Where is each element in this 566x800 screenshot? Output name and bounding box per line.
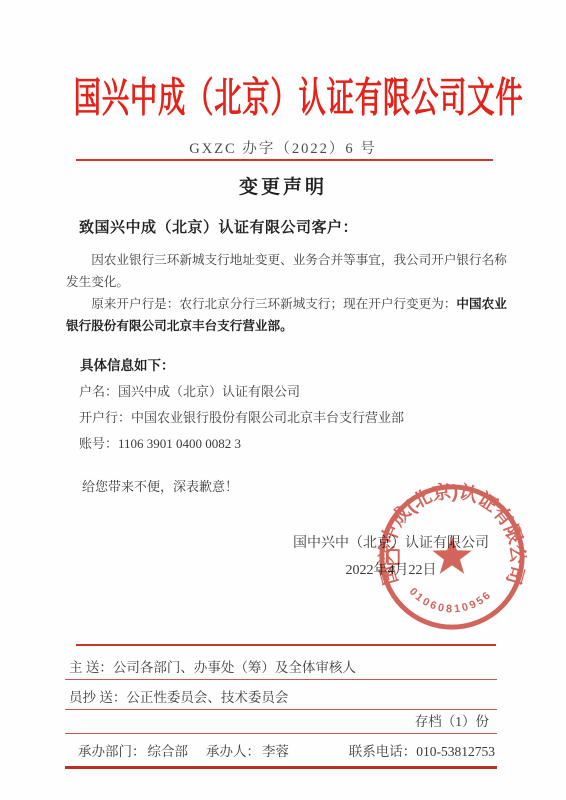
phone-value: 010-53812753	[416, 744, 495, 759]
old-bank-text: 原来开户行是：农行北京分行三环新城支行；现在开户行变更为：	[91, 297, 456, 311]
document-page: 国兴中成（北京）认证有限公司文件 GXZC 办字（2022）6 号 变更声明 致…	[0, 0, 566, 800]
account-name-value: 国兴中成（北京）认证有限公司	[118, 384, 300, 399]
paragraph-reason-line1: 因农业银行三环新城支行地址变更、业务合并等事宜，我公司开户银行名称	[66, 249, 526, 271]
apology-line: 给您带来不便，深表歉意！	[82, 476, 238, 495]
company-seal: 国兴中成(北京)认证有限公司 01060810956	[373, 478, 531, 636]
phone-label: 联系电话：	[349, 744, 417, 759]
handler-value: 李蓉	[262, 744, 289, 759]
archive-row: 存档（1）份	[65, 710, 497, 734]
paragraph-reason-line2: 发生变化。	[66, 271, 526, 293]
seal-arc-text: 国兴中成(北京)认证有限公司	[375, 479, 528, 587]
copy-send-value: 公正性委员会、技术委员会	[126, 690, 288, 705]
new-bank-text-start: 中国农业	[456, 297, 506, 311]
handling-info: 承办部门：综合部承办人：李蓉	[78, 740, 291, 760]
paragraph-change-line1: 原来开户行是：农行北京分行三环新城支行；现在开户行变更为：中国农业	[66, 293, 526, 315]
footer-top-rule	[76, 644, 496, 646]
bank-label: 开户行：	[79, 410, 131, 425]
copy-send-label: 员抄 送：	[69, 690, 126, 705]
detail-row-account-name: 户名：国兴中成（北京）认证有限公司	[79, 381, 300, 400]
archive-note: 存档（1）份	[415, 714, 489, 729]
company-letterhead-title: 国兴中成（北京）认证有限公司文件	[74, 64, 493, 123]
account-number-label: 账号：	[79, 436, 118, 451]
footer-bottom-row: 承办部门：综合部承办人：李蓉 联系电话：010-53812753	[65, 740, 497, 760]
account-number-value: 1106 3901 0400 0082 3	[118, 436, 241, 451]
svg-text:国兴中成(北京)认证有限公司: 国兴中成(北京)认证有限公司	[375, 479, 528, 587]
contact-phone: 联系电话：010-53812753	[349, 740, 495, 760]
handler-label: 承办人：	[206, 744, 260, 759]
main-send-row: 主 送：公司各部门、办事处（筹）及全体审核人	[65, 656, 497, 680]
paragraph-reason: 因农业银行三环新城支行地址变更、业务合并等事宜，我公司开户银行名称 发生变化。	[66, 249, 526, 293]
seal-star-icon	[432, 536, 471, 574]
document-title: 变更声明	[0, 172, 566, 199]
seal-number: 01060810956	[407, 586, 495, 616]
main-send-value: 公司各部门、办事处（筹）及全体审核人	[113, 660, 356, 675]
header-divider-rule	[76, 159, 493, 161]
details-heading: 具体信息如下：	[80, 354, 175, 374]
svg-text:01060810956: 01060810956	[407, 586, 495, 616]
new-bank-text-end: 银行股份有限公司北京丰台支行营业部。	[66, 315, 526, 337]
bank-value: 中国农业银行股份有限公司北京丰台支行营业部	[131, 410, 404, 425]
handling-dept-value: 综合部	[148, 744, 189, 759]
paragraph-change: 原来开户行是：农行北京分行三环新城支行；现在开户行变更为：中国农业 银行股份有限…	[66, 293, 526, 337]
detail-row-bank: 开户行：中国农业银行股份有限公司北京丰台支行营业部	[79, 407, 404, 426]
footer-bottom-rule	[65, 766, 497, 769]
main-send-label: 主 送：	[69, 660, 113, 675]
handling-dept-label: 承办部门：	[78, 744, 146, 759]
account-name-label: 户名：	[79, 384, 118, 399]
salutation-line: 致国兴中成（北京）认证有限公司客户：	[79, 216, 358, 237]
document-number: GXZC 办字（2022）6 号	[0, 137, 566, 158]
copy-send-row: 员抄 送：公正性委员会、技术委员会	[65, 686, 497, 710]
detail-row-account-number: 账号：1106 3901 0400 0082 3	[79, 433, 241, 452]
